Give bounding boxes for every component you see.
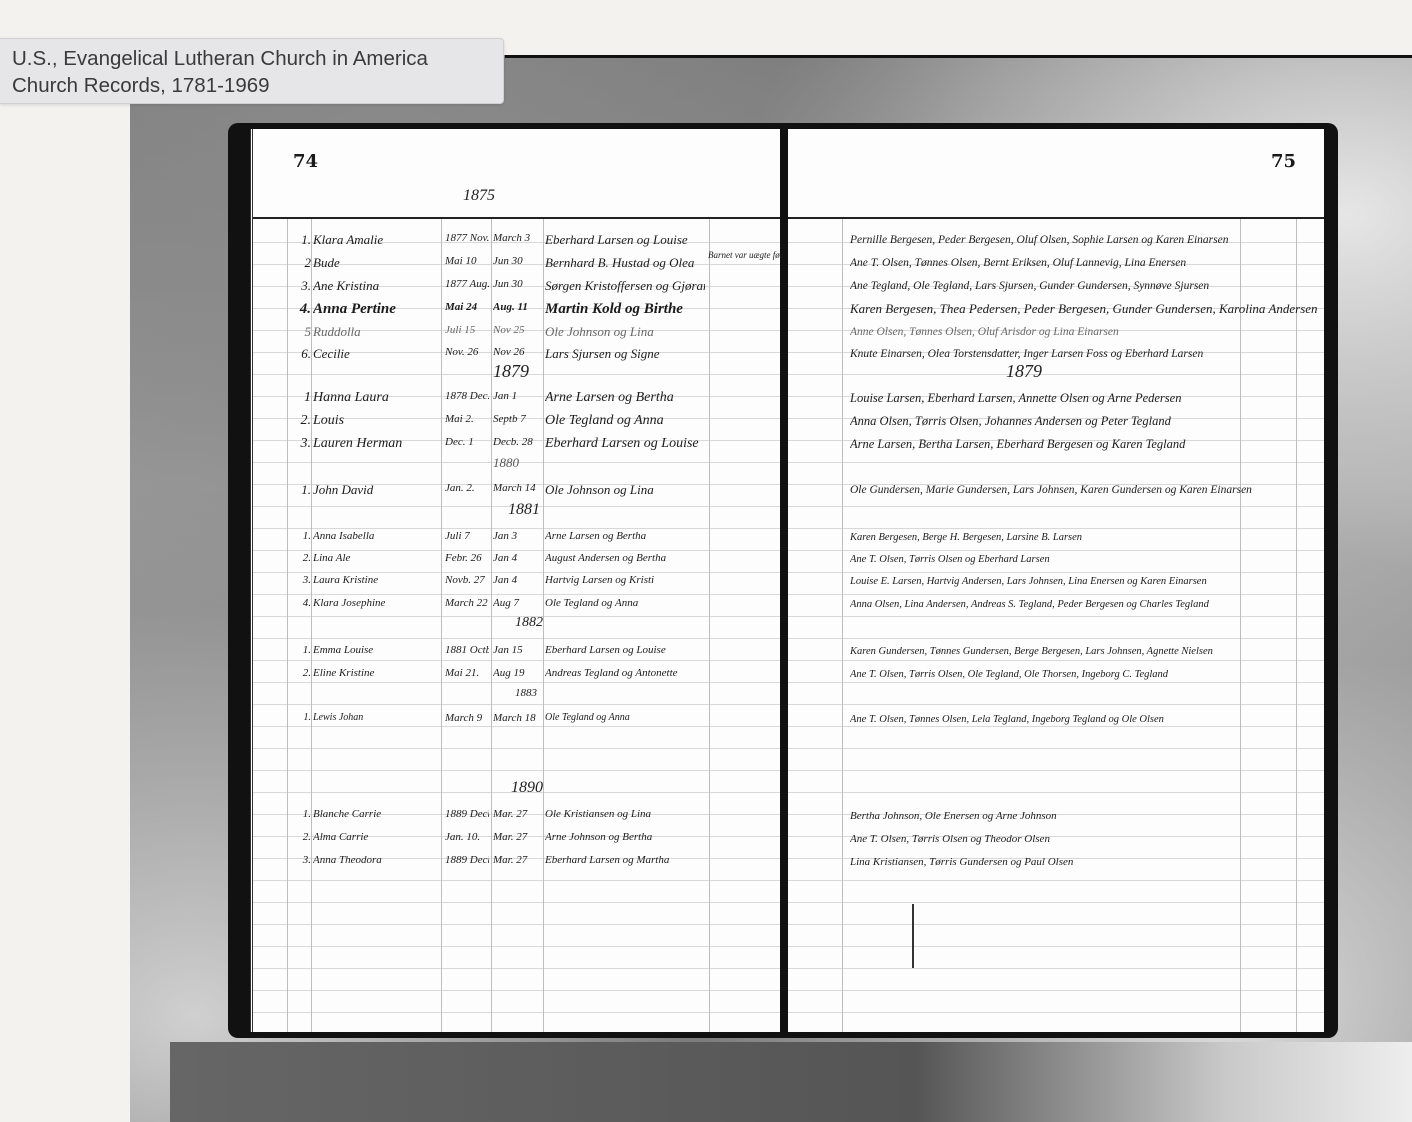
sponsor-line: Anna Olsen, Lina Andersen, Andreas S. Te… — [850, 594, 1320, 616]
year-heading: 1890 — [511, 779, 543, 797]
record-row: 3. Laura Kristine Novb. 27 Jan 4 Hartvig… — [253, 571, 780, 593]
left-page: 74 1875 1. Klara Amalie 1877 Nov. 29 Mar… — [250, 129, 780, 1032]
year-heading: 1881 — [508, 501, 540, 519]
sponsor-line: Arne Larsen, Bertha Larsen, Eberhard Ber… — [850, 433, 1320, 455]
sponsor-line: Bertha Johnson, Ole Enersen og Arne John… — [850, 805, 1320, 827]
record-row: 3. Lauren Herman Dec. 1 Decb. 28 Eberhar… — [253, 433, 780, 455]
record-row: 4. Klara Josephine March 22 Aug 7 Ole Te… — [253, 594, 780, 616]
sponsor-line: Louise Larsen, Eberhard Larsen, Annette … — [850, 387, 1320, 409]
register-book: 74 1875 1. Klara Amalie 1877 Nov. 29 Mar… — [228, 123, 1338, 1038]
pen-mark — [912, 904, 914, 968]
record-row: 1. Blanche Carrie 1889 Decb. 25 Mar. 27 … — [253, 805, 780, 827]
sponsor-line: Ole Gundersen, Marie Gundersen, Lars Joh… — [850, 479, 1320, 501]
record-row: 2. Eline Kristine Mai 21. Aug 19 Andreas… — [253, 664, 780, 686]
year-heading: 1882 — [515, 615, 543, 631]
year-heading: 1880 — [493, 455, 519, 471]
record-row: 2. Louis Mai 2. Septb 7 Ole Tegland og A… — [253, 410, 780, 432]
margin-note: Barnet var uægte født — [708, 250, 783, 260]
record-row: 1. Anna Isabella Juli 7 Jan 3 Arne Larse… — [253, 527, 780, 549]
sponsor-line: Karen Bergesen, Thea Pedersen, Peder Ber… — [850, 298, 1320, 320]
sponsor-line: Ane T. Olsen, Tørris Olsen, Ole Tegland,… — [850, 664, 1320, 686]
sponsor-line: Ane T. Olsen, Tønnes Olsen, Bernt Erikse… — [850, 252, 1320, 274]
record-row: 3. Anna Theodora 1889 Decb. 22. Mar. 27 … — [253, 851, 780, 873]
header-rule — [253, 217, 780, 219]
year-heading: 1879 — [1006, 361, 1042, 382]
page-number: 75 — [1271, 151, 1296, 172]
scanned-record-image[interactable]: 74 1875 1. Klara Amalie 1877 Nov. 29 Mar… — [130, 55, 1412, 1122]
record-row: 1 Hanna Laura 1878 Dec. 4 Jan 1 Arne Lar… — [253, 387, 780, 409]
scan-shadow — [170, 1042, 1412, 1122]
column-line — [842, 219, 843, 1032]
scan-edge — [505, 55, 1412, 58]
collection-title-tooltip: U.S., Evangelical Lutheran Church in Ame… — [0, 38, 504, 104]
image-viewer: 74 1875 1. Klara Amalie 1877 Nov. 29 Mar… — [0, 0, 1412, 1122]
sponsor-line: Ane Tegland, Ole Tegland, Lars Sjursen, … — [850, 275, 1320, 297]
sponsor-line: Anna Olsen, Tørris Olsen, Johannes Ander… — [850, 410, 1320, 432]
record-row: 2 Bude Mai 10 Jun 30 Bernhard B. Hustad … — [253, 252, 780, 274]
sponsor-line: Lina Kristiansen, Tørris Gundersen og Pa… — [850, 851, 1320, 873]
record-row: 5 Ruddolla Juli 15 Nov 25 Ole Johnson og… — [253, 321, 780, 343]
sponsor-line: Louise E. Larsen, Hartvig Andersen, Lars… — [850, 571, 1320, 593]
year-heading: 1883 — [515, 687, 537, 699]
record-row: 1. Emma Louise 1881 Octb. 22. Jan 15 Ebe… — [253, 641, 780, 663]
record-row: 3. Ane Kristina 1877 Aug. 21 Jun 30 Sørg… — [253, 275, 780, 297]
sponsor-line: Anne Olsen, Tønnes Olsen, Oluf Arisdor o… — [850, 321, 1320, 343]
sponsor-line: Ane T. Olsen, Tørris Olsen og Theodor Ol… — [850, 828, 1320, 850]
sponsor-line: Ane T. Olsen, Tørris Olsen og Eberhard L… — [850, 549, 1320, 571]
record-row: 2. Alma Carrie Jan. 10. Mar. 27 Arne Joh… — [253, 828, 780, 850]
record-row: 2. Lina Ale Febr. 26 Jan 4 August Anders… — [253, 549, 780, 571]
right-page: 75 Pernille Bergesen, Peder Bergesen, Ol… — [788, 129, 1324, 1032]
record-row: 1. John David Jan. 2. March 14 Ole Johns… — [253, 479, 780, 501]
tooltip-line-1: U.S., Evangelical Lutheran Church in Ame… — [12, 45, 491, 72]
sponsor-line: Karen Gundersen, Tønnes Gundersen, Berge… — [850, 641, 1320, 663]
record-row: 1. Lewis Johan March 9 March 18 Ole Tegl… — [253, 709, 780, 731]
record-row: 4. Anna Pertine Mai 24 Aug. 11 Martin Ko… — [253, 298, 780, 320]
page-number: 74 — [293, 151, 318, 172]
sponsor-line: Ane T. Olsen, Tønnes Olsen, Lela Tegland… — [850, 709, 1320, 731]
tooltip-line-2: Church Records, 1781-1969 — [12, 72, 491, 99]
sponsor-line: Knute Einarsen, Olea Torstensdatter, Ing… — [850, 343, 1320, 365]
record-row: 1. Klara Amalie 1877 Nov. 29 March 3 Ebe… — [253, 229, 780, 251]
header-rule — [788, 217, 1324, 219]
year-heading: 1879 — [493, 361, 529, 382]
sponsor-line: Pernille Bergesen, Peder Bergesen, Oluf … — [850, 229, 1320, 251]
sponsor-line: Karen Bergesen, Berge H. Bergesen, Larsi… — [850, 527, 1320, 549]
header-year: 1875 — [463, 187, 495, 205]
